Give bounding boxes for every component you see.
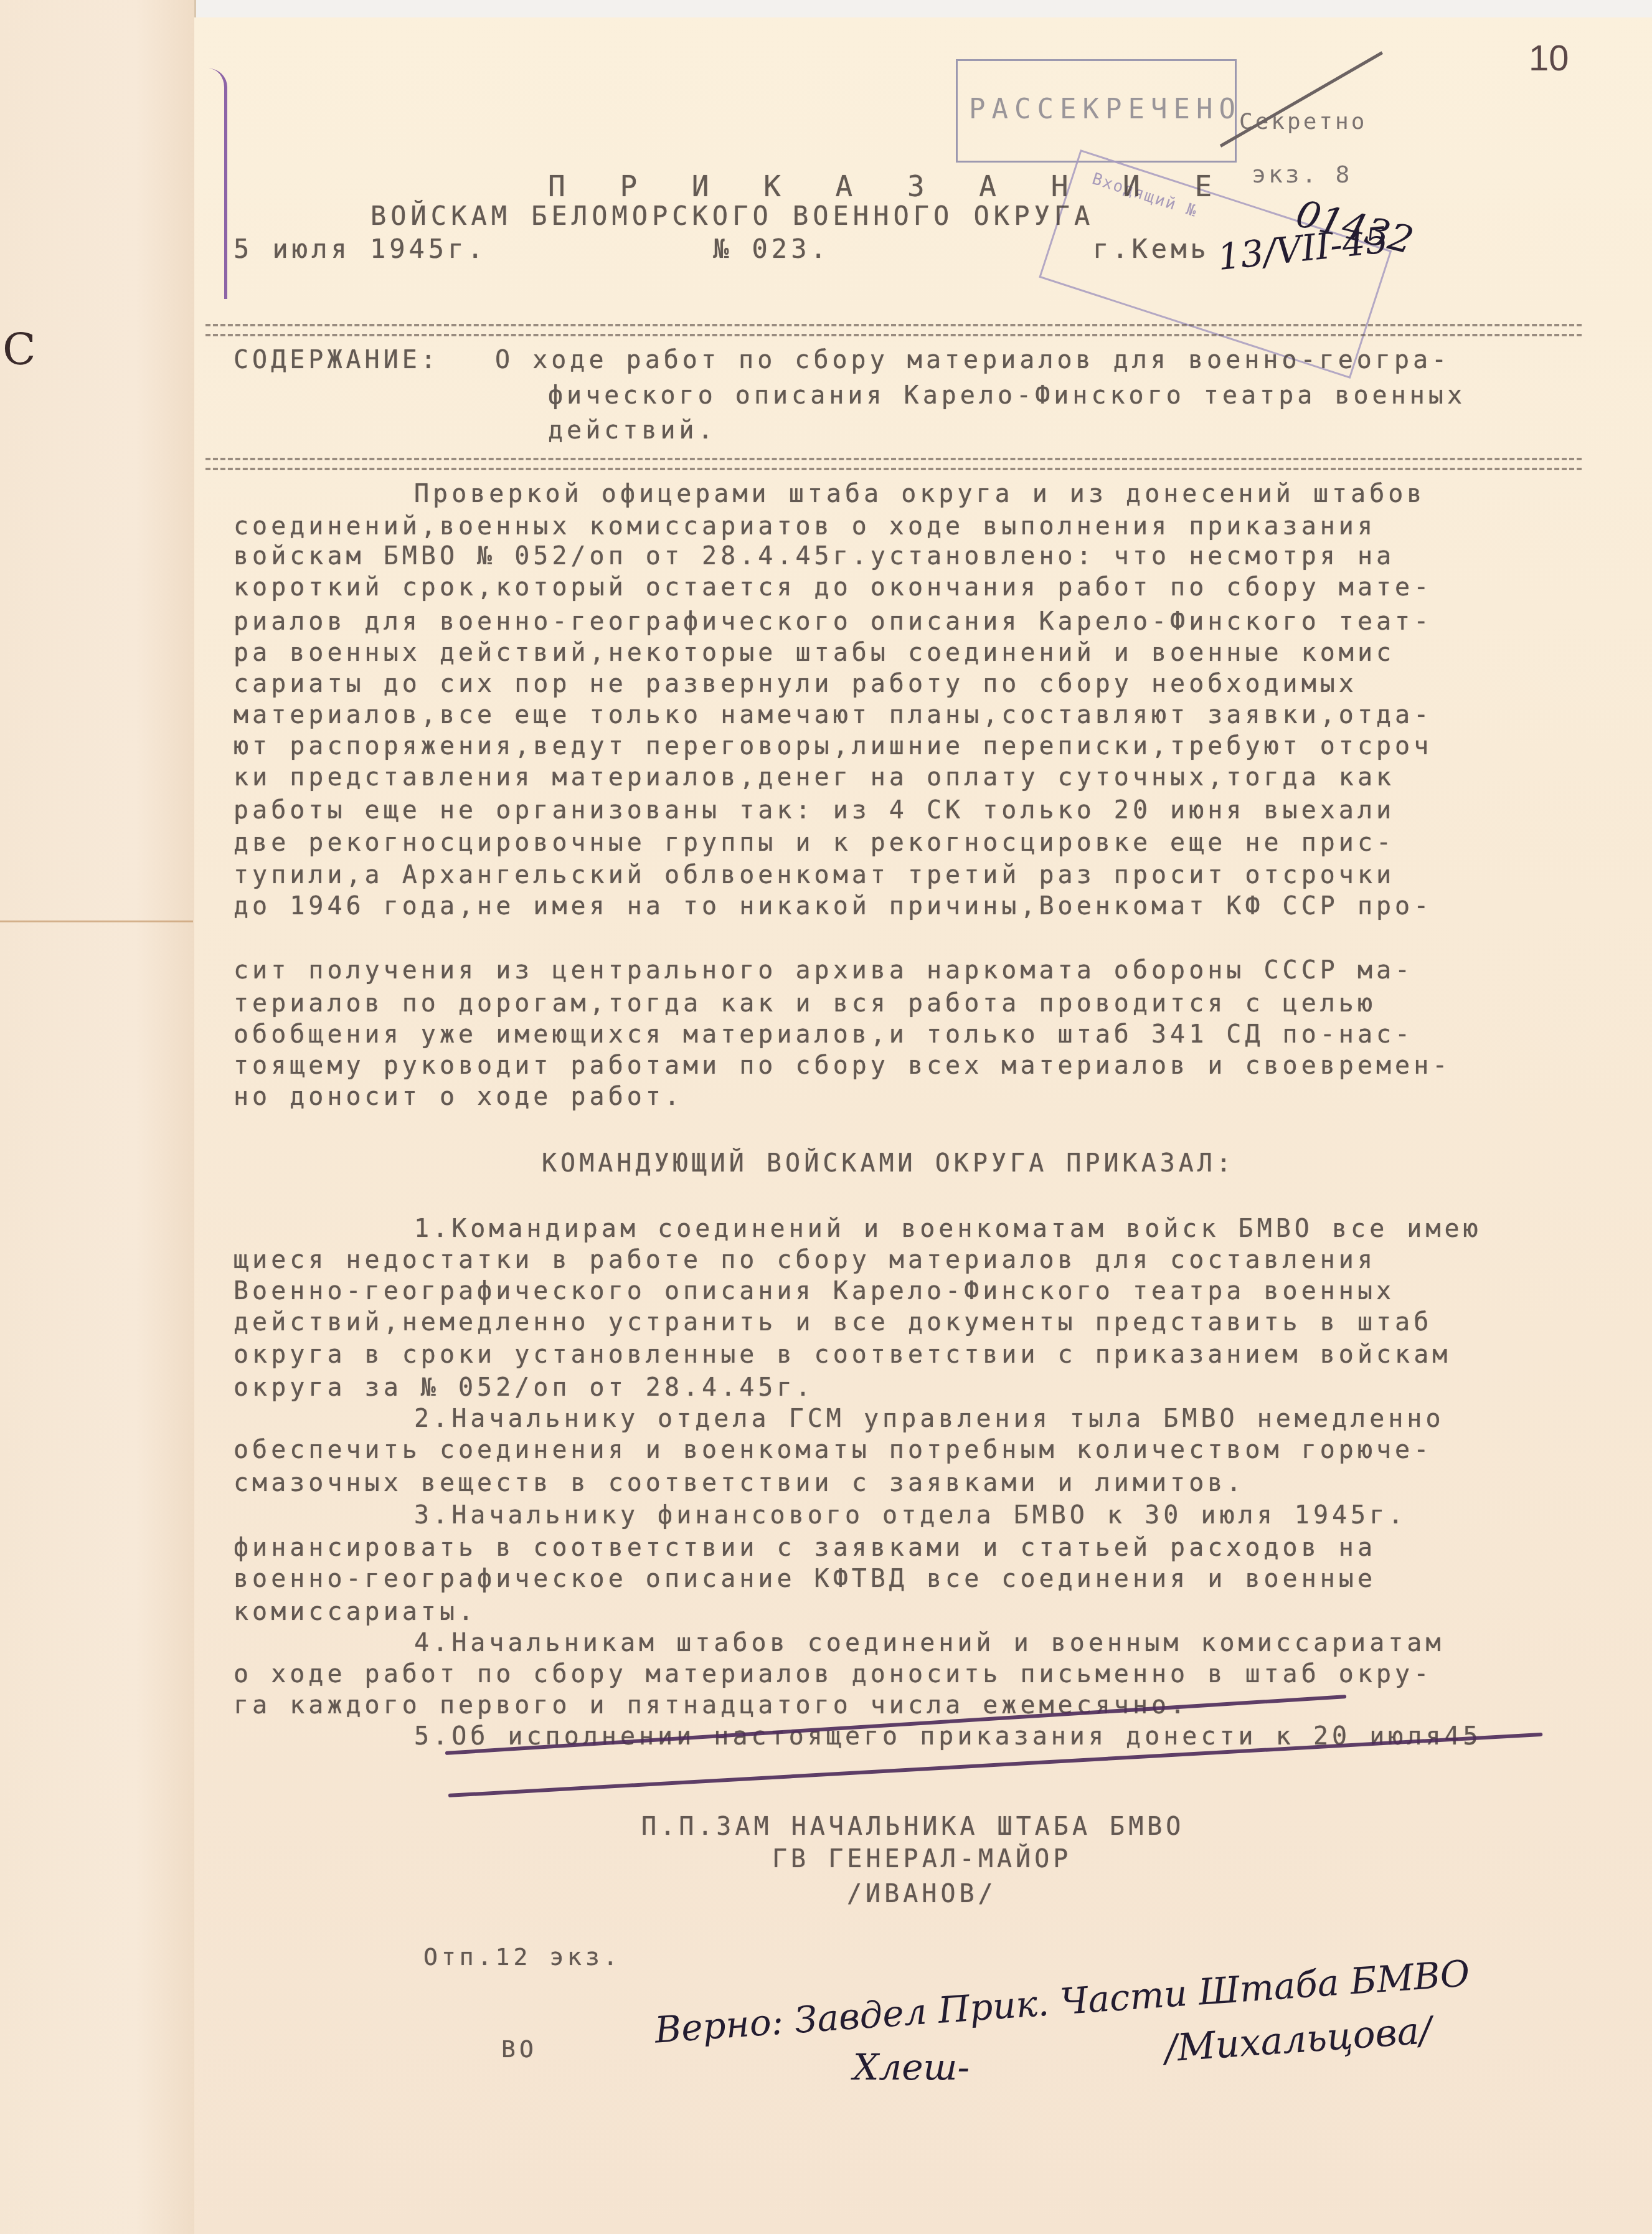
signature-title: П.П.ЗАМ НАЧАЛЬНИКА ШТАБА БМВО [641, 1812, 1184, 1841]
item-line: 3.Начальнику финансового отдела БМВО к 3… [414, 1501, 1407, 1530]
copy-number: экз. 8 [1252, 161, 1352, 188]
body-line: работы еще не организованы так: из 4 СК … [234, 796, 1395, 825]
contents-line: О ходе работ по сбору материалов для вое… [495, 346, 1450, 374]
order-date: 5 июля 1945г. [234, 234, 487, 264]
document-title: П Р И К А З А Н И Е [548, 169, 1230, 203]
item-line: обеспечить соединения и военкоматы потре… [234, 1436, 1432, 1464]
body-line: сариаты до сих пор не развернули работу … [234, 670, 1357, 698]
page-number: 10 [1529, 37, 1569, 79]
item-line: действий,немедленно устранить и все доку… [234, 1308, 1432, 1337]
document-subtitle: ВОЙСКАМ БЕЛОМОРСКОГО ВОЕННОГО ОКРУГА [371, 201, 1094, 231]
body-line: материалов,все еще только намечают планы… [234, 701, 1432, 729]
contents-label: СОДЕРЖАНИЕ: [234, 346, 440, 374]
contents-line: фического описания Карело-Финского театр… [548, 381, 1466, 410]
declassified-stamp-text: РАССЕКРЕЧЕНО [969, 93, 1242, 125]
body-line: тоящему руководит работами по сбору всех… [234, 1051, 1451, 1080]
item-line: о ходе работ по сбору материалов доносит… [234, 1660, 1432, 1688]
body-line: до 1946 года,не имея на то никакой причи… [234, 892, 1432, 921]
body-line: риалов для военно-географического описан… [234, 607, 1432, 636]
item-line: округа в сроки установленные в соответст… [234, 1340, 1451, 1369]
margin-mark: C [2, 324, 36, 375]
distribution-initials: ВО [501, 2035, 537, 2063]
body-line: тупили,а Архангельский облвоенкомат трет… [234, 861, 1395, 889]
item-line: Военно-географического описания Карело-Ф… [234, 1277, 1395, 1305]
paper-fold-line [0, 921, 193, 922]
body-line: но доносит о ходе работ. [234, 1082, 683, 1111]
copies-count: Отп.12 экз. [423, 1943, 621, 1971]
signature-name: /ИВАНОВ/ [847, 1880, 997, 1908]
item-line: 2.Начальнику отдела ГСМ управления тыла … [414, 1404, 1445, 1433]
item-line: смазочных веществ в соответствии с заявк… [234, 1469, 1245, 1497]
body-line: ки представления материалов,денег на опл… [234, 763, 1395, 792]
contents-line: действий. [548, 416, 717, 445]
separator-top [205, 324, 1582, 336]
body-line: ра военных действий,некоторые штабы соед… [234, 638, 1395, 667]
body-line: Проверкой офицерами штаба округа и из до… [414, 480, 1425, 508]
body-line: ют распоряжения,ведут переговоры,лишние … [234, 732, 1432, 760]
item-line: щиеся недостатки в работе по сбору матер… [234, 1246, 1376, 1274]
body-line: соединений,военных комиссариатов о ходе … [234, 512, 1376, 541]
certifier-signature: Хлеш- [853, 2046, 970, 2088]
body-line: короткий срок,который остается до оконча… [234, 573, 1432, 602]
item-line: финансировать в соответствии с заявками … [234, 1533, 1376, 1562]
previous-page-edge: C [0, 0, 196, 2234]
item-line: 1.Командирам соединений и военкоматам во… [414, 1214, 1482, 1243]
item-line: 4.Начальникам штабов соединений и военны… [414, 1629, 1445, 1657]
margin-pen-note [194, 69, 227, 299]
body-line: обобщения уже имеющихся материалов,и тол… [234, 1020, 1414, 1049]
signature-rank: ГВ ГЕНЕРАЛ-МАЙОР [772, 1845, 1072, 1873]
item-line: округа за № 052/оп от 28.4.45г. [234, 1373, 814, 1402]
separator-bottom [205, 458, 1582, 470]
order-city: г.Кемь [1093, 234, 1210, 264]
order-number: № 023. [713, 234, 830, 264]
body-line: войскам БМВО № 052/оп от 28.4.45г.устано… [234, 542, 1395, 570]
body-line: сит получения из центрального архива нар… [234, 956, 1414, 985]
item-line: комиссариаты. [234, 1597, 477, 1626]
declassified-stamp: РАССЕКРЕЧЕНО [956, 59, 1237, 163]
body-line: териалов по дорогам,тогда как и вся рабо… [234, 989, 1376, 1018]
item-line: военно-географическое описание КФТВД все… [234, 1564, 1376, 1593]
order-heading: КОМАНДУЮЩИЙ ВОЙСКАМИ ОКРУГА ПРИКАЗАЛ: [542, 1149, 1235, 1178]
body-line: две рекогносцировочные группы и к рекогн… [234, 828, 1395, 857]
